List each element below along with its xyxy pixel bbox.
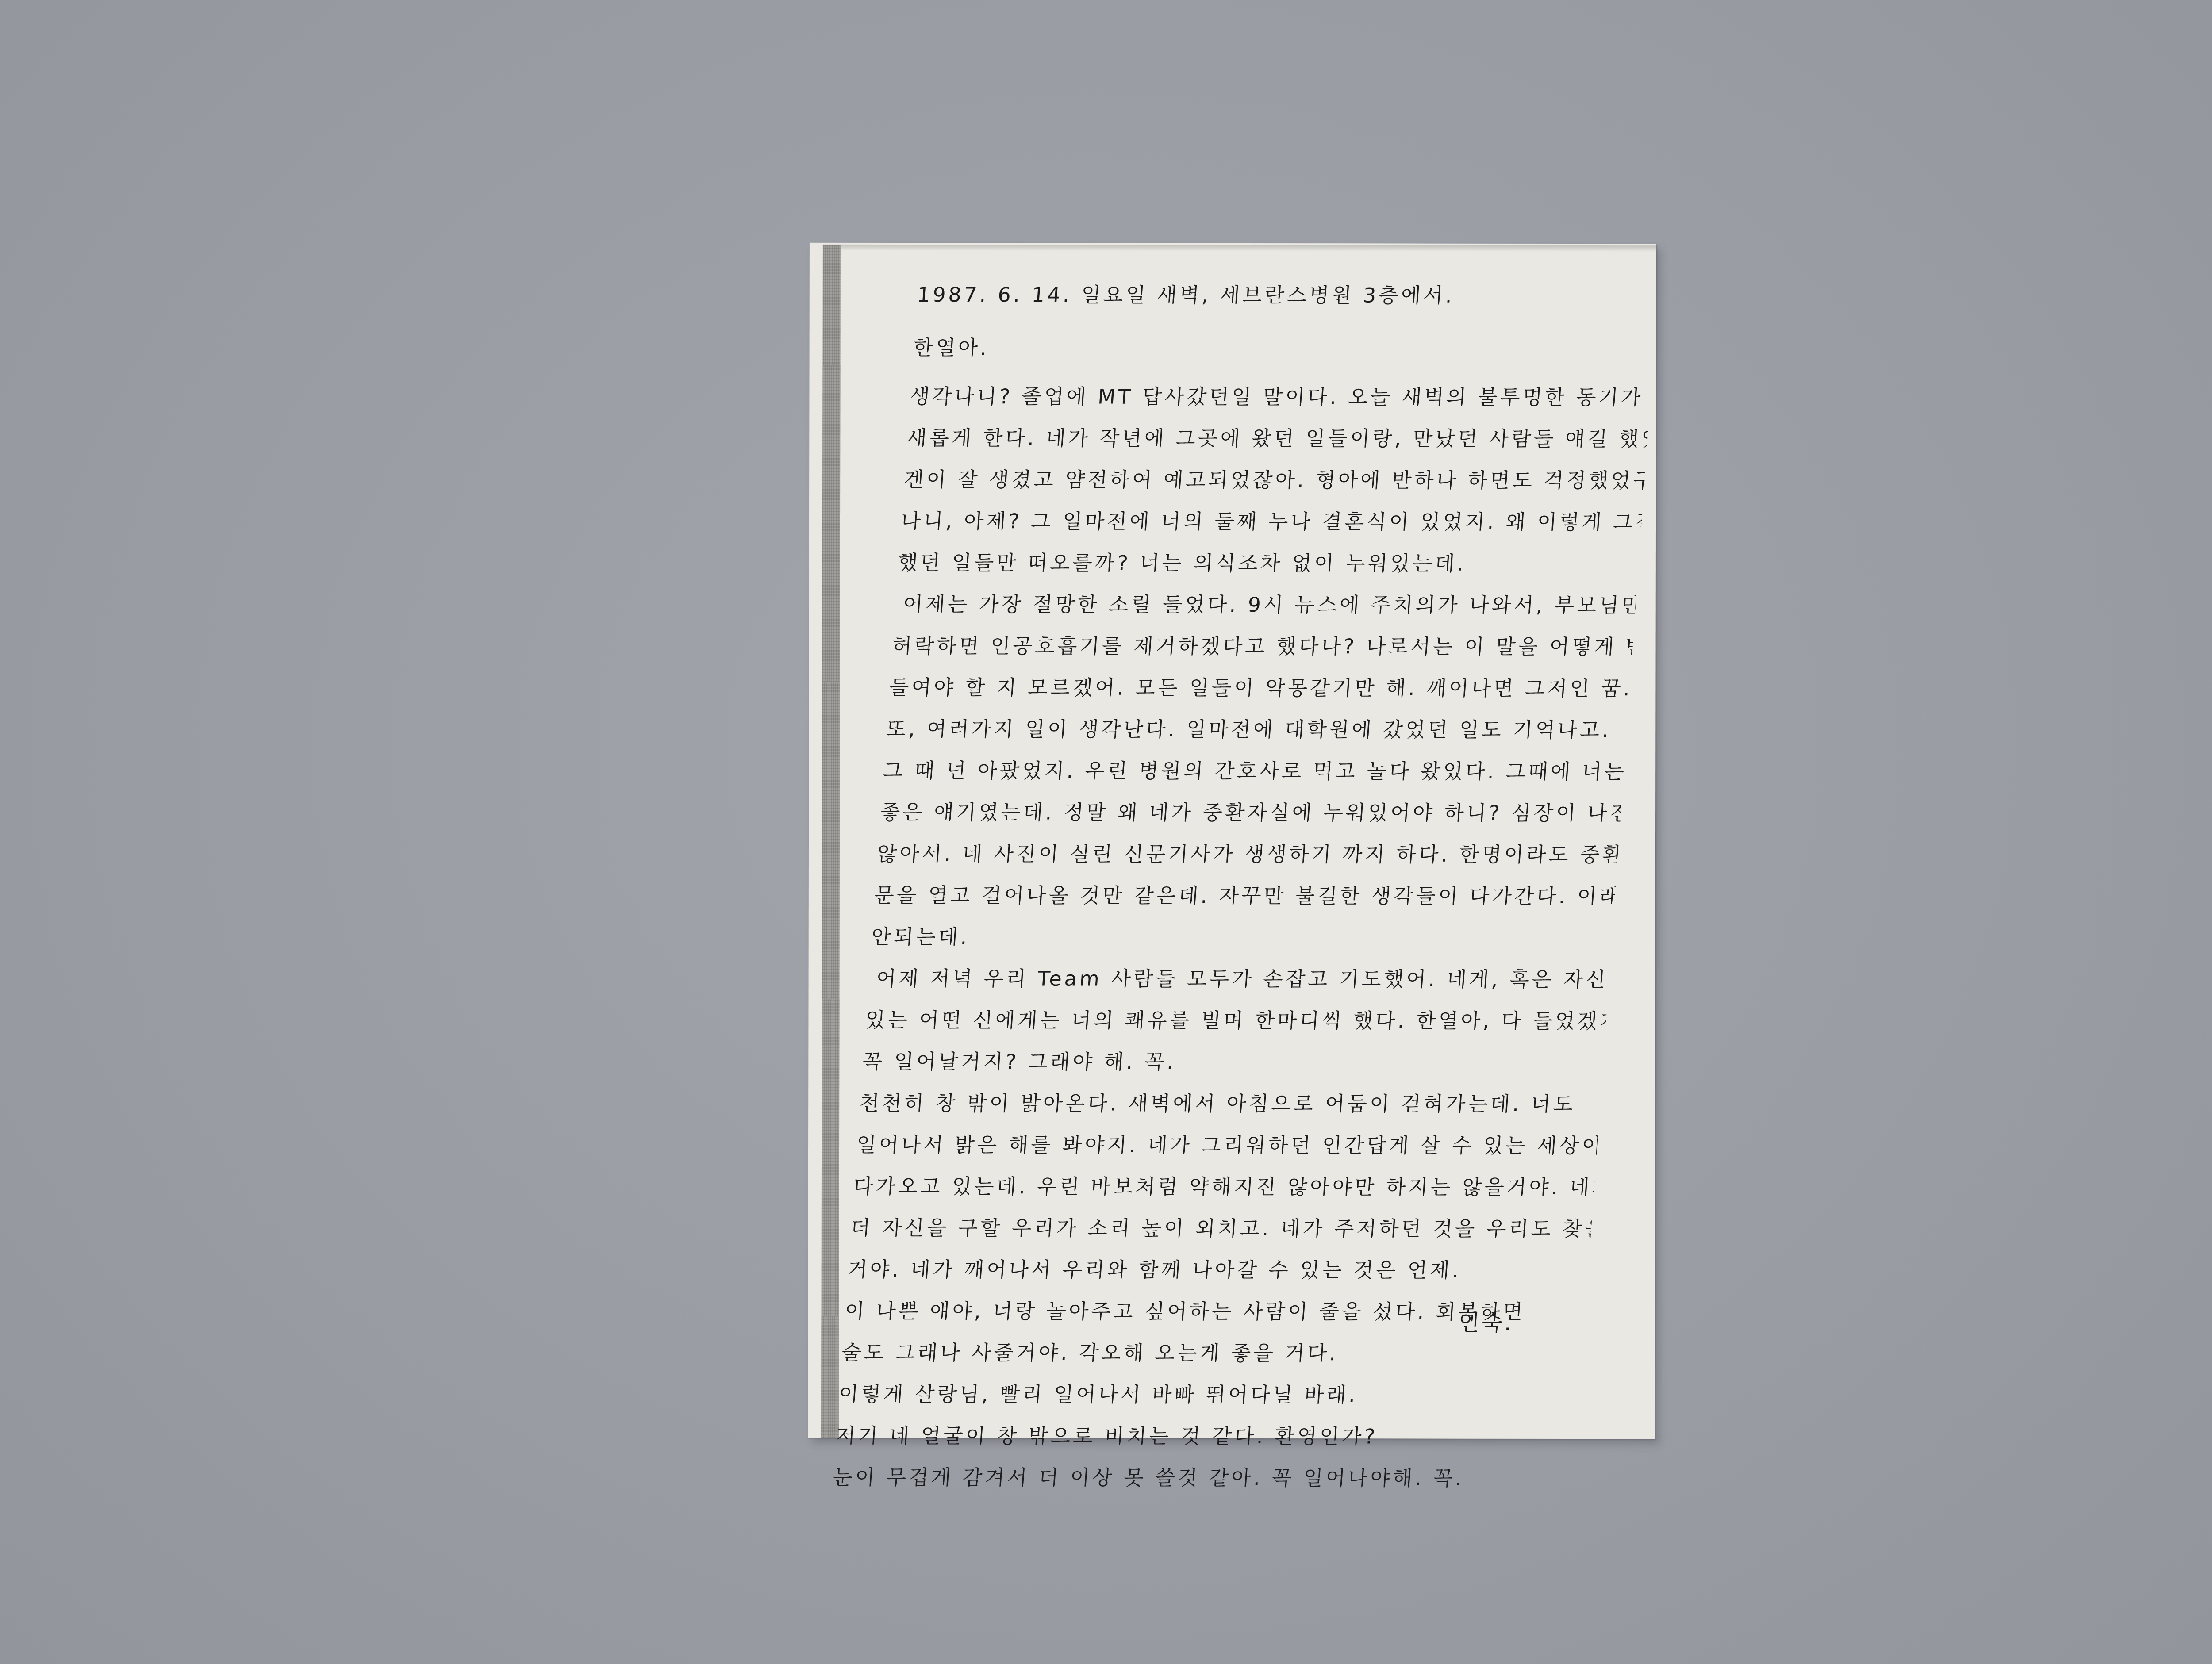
letter-line: 또, 여러가지 일이 생각난다. 일마전에 대학원에 갔었던 일도 기억나고.: [885, 708, 1628, 751]
letter-line: 문을 열고 걸어나올 것만 같은데. 자꾸만 불길한 생각들이 다가간다. 이래…: [873, 874, 1617, 917]
letter-line: 좋은 얘기였는데. 정말 왜 네가 중환자실에 누워있어야 하니? 심장이 나진: [879, 791, 1622, 834]
letter-line: 했던 일들만 떠오를까? 너는 의식조차 없이 누워있는데.: [897, 542, 1640, 584]
letter-line: 일어나서 밝은 해를 봐야지. 네가 그리워하던 인간답게 살 수 있는 세상이: [855, 1124, 1599, 1166]
letter-line: 그 때 넌 아팠었지. 우린 병원의 간호사로 먹고 놀다 왔었다. 그때에 너…: [882, 750, 1625, 792]
letter-line: 않아서. 네 사진이 실린 신문기사가 생생하기 까지 하다. 한명이라도 중환…: [876, 833, 1620, 875]
letter-line: 겐이 잘 생겼고 얌전하여 예고되었잖아. 형아에 반하나 하면도 걱정했었구.…: [902, 459, 1646, 501]
photocopy-binding-band: [821, 245, 841, 1438]
photocopy-edge-shadow: [823, 245, 1656, 252]
letter-line: 술도 그래나 사줄거야. 각오해 오는게 좋을 거다.: [840, 1332, 1584, 1374]
letter-salutation: 한열아.: [911, 327, 1655, 376]
letter-line: 나니, 아제? 그 일마전에 너의 둘째 누나 결혼식이 있었지. 왜 이렇게 …: [899, 500, 1643, 543]
letter-line: 다가오고 있는데. 우린 바보처럼 약해지진 않아야만 하지는 않을거야. 네가: [852, 1166, 1596, 1208]
letter-paper: 1987. 6. 14. 일요일 새벽, 세브란스병원 3층에서. 한열아. 생…: [808, 243, 1656, 1439]
letter-line: 눈이 무겁게 감겨서 더 이상 못 쓸것 같아. 꼭 일어나야해. 꼭.: [831, 1457, 1575, 1499]
letter-line: 들여야 할 지 모르겠어. 모든 일들이 악몽같기만 해. 깨어나면 그저인 꿈…: [888, 667, 1632, 709]
letter-line: 어제는 가장 절망한 소릴 들었다. 9시 뉴스에 주치의가 나와서, 부모님만: [894, 583, 1637, 626]
letter-date-header: 1987. 6. 14. 일요일 새벽, 세브란스병원 3층에서.: [915, 274, 1659, 328]
letter-line: 이렇게 살랑님, 빨리 일어나서 바빠 뛰어다닐 바래.: [837, 1373, 1581, 1416]
letter-line: 새롭게 한다. 네가 작년에 그곳에 왔던 일들이랑, 만났던 사람들 얘길 했…: [906, 417, 1649, 460]
letter-line: 안되는데.: [870, 916, 1613, 959]
letter-line: 저기 네 얼굴이 창 밖으로 비치는 것 같다. 환영인가?: [834, 1415, 1578, 1457]
letter-signature: 인숙.: [1457, 1305, 1515, 1337]
letter-line: 있는 어떤 신에게는 너의 쾌유를 빌며 한마디씩 했다. 한열아, 다 들었겠…: [864, 999, 1608, 1042]
letter-line: 꼭 일어날거지? 그래야 해. 꼭.: [861, 1041, 1605, 1083]
letter-line: 생각나니? 졸업에 MT 답사갔던일 말이다. 오늘 새벽의 불투명한 동기가 …: [908, 376, 1652, 418]
letter-line: 허락하면 인공호흡기를 제거하겠다고 했다나? 나로서는 이 말을 어떻게 받아: [891, 625, 1634, 667]
letter-line: 어제 저녁 우리 Team 사람들 모두가 손잡고 기도했어. 네게, 혹은 자…: [867, 958, 1611, 1000]
letter-line: 더 자신을 구할 우리가 소리 높이 외치고. 네가 주저하던 것을 우리도 찾…: [849, 1207, 1593, 1250]
letter-body: 1987. 6. 14. 일요일 새벽, 세브란스병원 3층에서. 한열아. 생…: [831, 274, 1659, 1499]
letter-line: 거야. 네가 깨어나서 우리와 함께 나아갈 수 있는 것은 언제.: [846, 1249, 1590, 1291]
letter-line: 천천히 창 밖이 밝아온다. 새벽에서 아침으로 어둠이 걷혀가는데. 너도: [858, 1082, 1601, 1125]
